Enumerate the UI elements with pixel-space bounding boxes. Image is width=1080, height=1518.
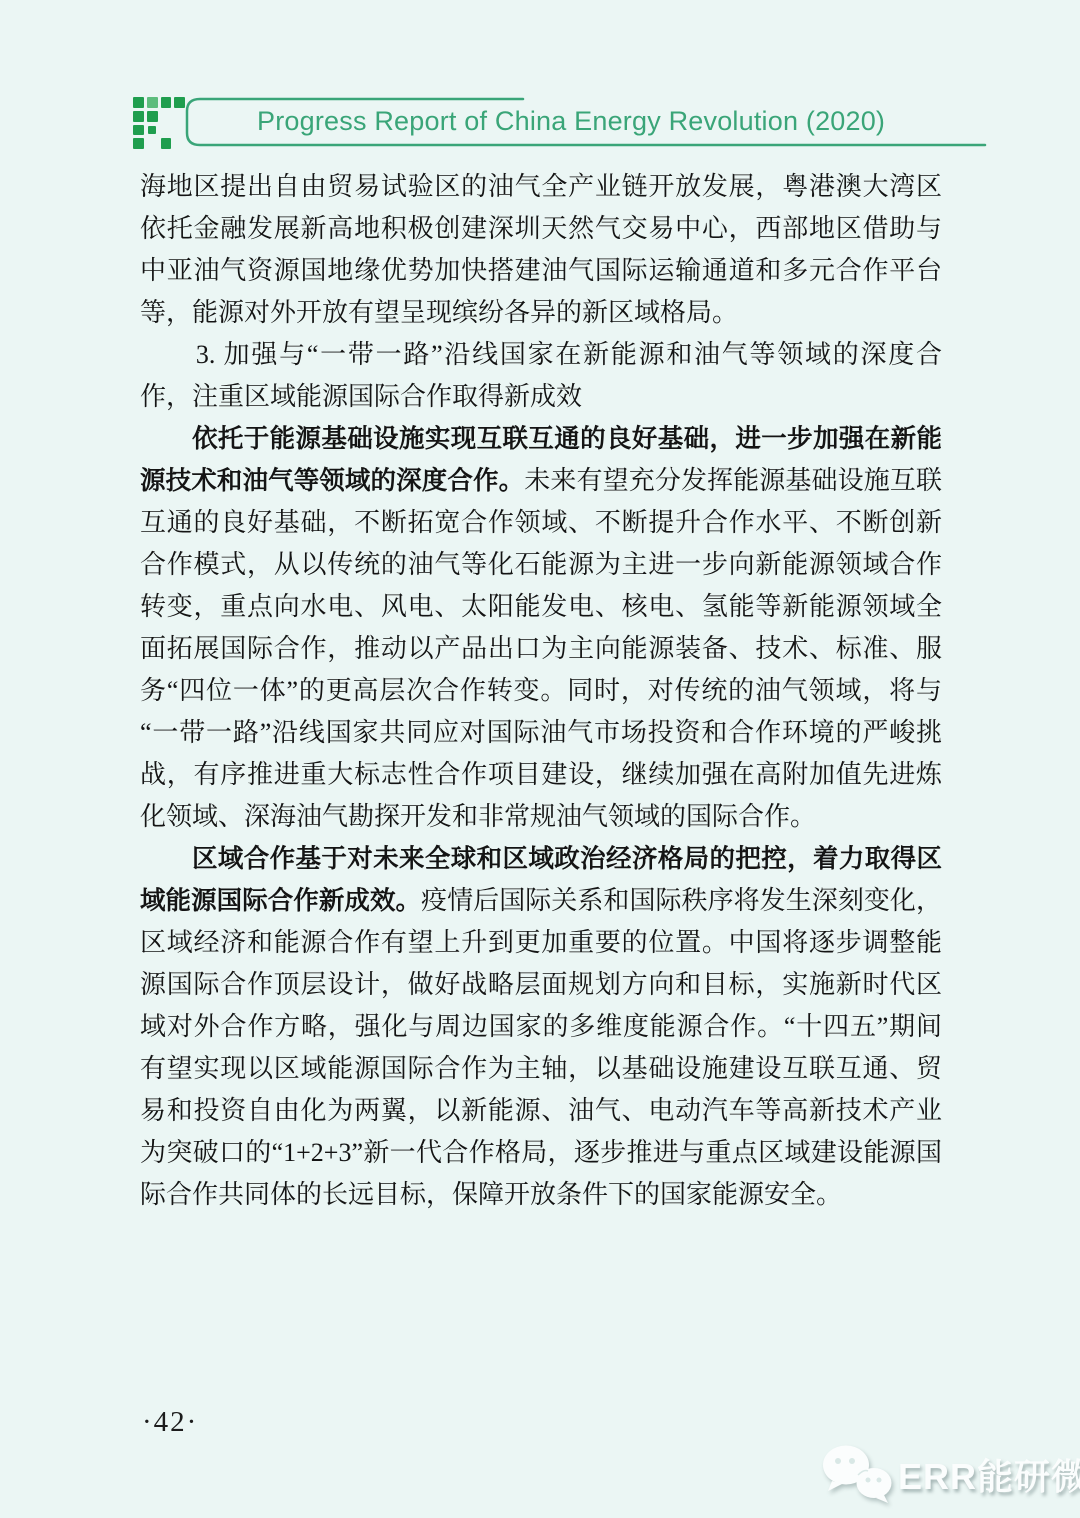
logo-pixel [161,97,172,108]
paragraph-energy-infrastructure: 依托于能源基础设施实现互联互通的良好基础，进一步加强在新能源技术和油气等领域的深… [140,418,942,838]
page-number: ·42· [142,1404,198,1440]
logo-pixel [147,97,158,108]
header-rule-capsule: Progress Report of China Energy Revoluti… [183,94,993,152]
section-heading: 3. 加强与“一带一路”沿线国家在新能源和油气等领域的深度合作，注重区域能源国际… [140,334,942,418]
wechat-icon [820,1443,898,1505]
report-title: Progress Report of China Energy Revoluti… [257,105,885,137]
watermark: ERR能研微讯 [820,1438,1070,1510]
paragraph-regional-cooperation: 区域合作基于对未来全球和区域政治经济格局的把控，着力取得区域能源国际合作新成效。… [140,838,942,1216]
logo-pixel [148,126,156,134]
paragraph-continuation: 海地区提出自由贸易试验区的油气全产业链开放发展，粤港澳大湾区依托金融发展新高地积… [140,166,942,334]
logo-pixel [133,111,144,122]
logo-pixel [133,97,144,108]
logo-pixel [133,138,144,149]
paragraph-text: 未来有望充分发挥能源基础设施互联互通的良好基础，不断拓宽合作领域、不断提升合作水… [140,466,942,831]
pixel-grid-logo-icon [133,97,185,149]
watermark-text: ERR能研微讯 [898,1449,1080,1500]
logo-pixel [147,111,158,122]
paragraph-text: 疫情后国际关系和国际秩序将发生深刻变化，区域经济和能源合作有望上升到更加重要的位… [140,886,942,1209]
page-body: 海地区提出自由贸易试验区的油气全产业链开放发展，粤港澳大湾区依托金融发展新高地积… [140,166,942,1216]
logo-pixel [133,125,144,136]
logo-pixel [161,138,172,149]
document-page: Progress Report of China Energy Revoluti… [0,0,1080,1518]
page-header: Progress Report of China Energy Revoluti… [133,94,993,152]
